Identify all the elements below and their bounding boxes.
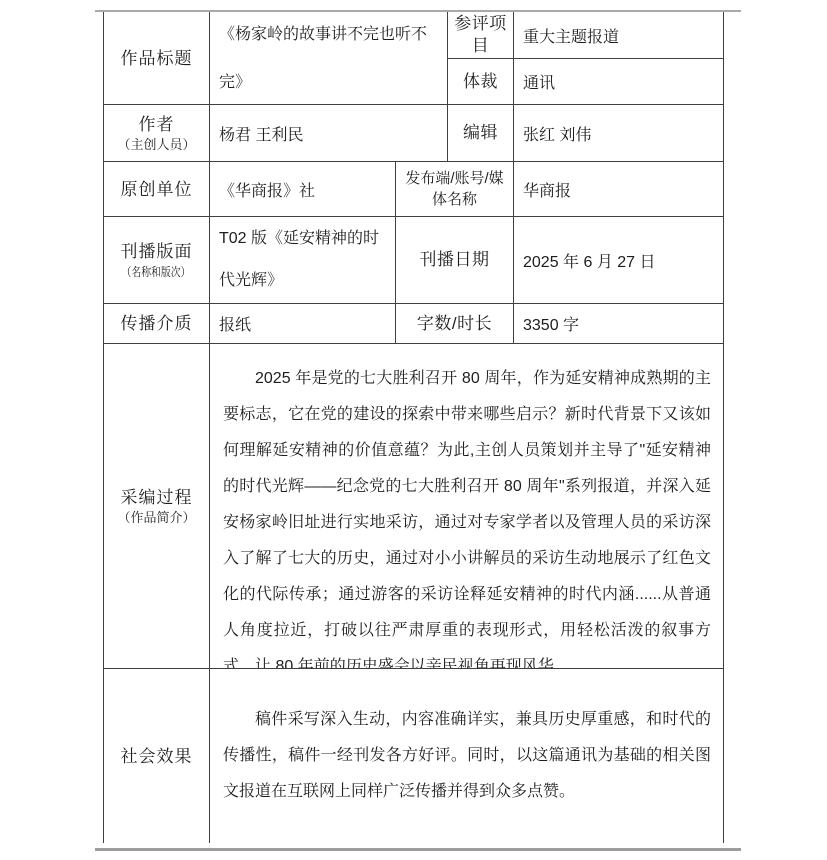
editor-value: 张红 刘伟 bbox=[523, 122, 591, 145]
field-label-original-unit: 原创单位 bbox=[104, 162, 210, 216]
field-label-author: 作者 （主创人员） bbox=[104, 105, 210, 161]
field-value-author: 杨君 王利民 bbox=[210, 105, 448, 161]
publish-date-value: 2025 年 6 月 27 日 bbox=[523, 249, 656, 272]
row-publication-layout: 刊播版面 （名称和版次） T02 版《延安精神的时代光辉》 刊播日期 2025 … bbox=[104, 217, 723, 304]
field-value-publish-date: 2025 年 6 月 27 日 bbox=[514, 217, 723, 303]
row-medium: 传播介质 报纸 字数/时长 3350 字 bbox=[104, 304, 723, 344]
row-editing-process: 采编过程 （作品简介） 2025 年是党的七大胜利召开 80 周年，作为延安精神… bbox=[104, 344, 723, 669]
original-unit-label: 原创单位 bbox=[121, 178, 193, 201]
field-value-publication-layout: T02 版《延安精神的时代光辉》 bbox=[210, 217, 396, 303]
field-value-genre: 通讯 bbox=[514, 59, 723, 104]
entry-category-value: 重大主题报道 bbox=[523, 24, 619, 47]
publish-date-label: 刊播日期 bbox=[420, 249, 490, 271]
editor-label: 编辑 bbox=[463, 122, 498, 144]
publication-layout-label-sub: （名称和版次） bbox=[122, 263, 191, 281]
original-unit-value: 《华商报》社 bbox=[219, 178, 315, 201]
page-bottom-edge bbox=[95, 848, 741, 851]
field-value-medium: 报纸 bbox=[210, 304, 396, 343]
field-label-entry-category: 参评项目 bbox=[448, 12, 514, 58]
row-original-unit: 原创单位 《华商报》社 发布端/账号/媒体名称 华商报 bbox=[104, 162, 723, 217]
field-value-entry-category: 重大主题报道 bbox=[514, 12, 723, 58]
entry-genre-stack: 参评项目 重大主题报道 体裁 通讯 bbox=[448, 12, 723, 104]
field-value-word-count: 3350 字 bbox=[514, 304, 723, 343]
work-title-value: 《杨家岭的故事讲不完也听不完》 bbox=[219, 12, 441, 105]
work-title-label: 作品标题 bbox=[121, 47, 193, 70]
field-label-work-title: 作品标题 bbox=[104, 12, 210, 105]
field-value-editor: 张红 刘伟 bbox=[514, 105, 723, 161]
document-page: { "form": { "title_row": { "label": "作品标… bbox=[0, 0, 827, 860]
field-label-platform: 发布端/账号/媒体名称 bbox=[396, 162, 514, 216]
field-label-social-effect: 社会效果 bbox=[104, 669, 210, 843]
field-label-publish-date: 刊播日期 bbox=[396, 217, 514, 303]
social-effect-label: 社会效果 bbox=[121, 745, 193, 768]
editing-process-label-sub: （作品简介） bbox=[117, 509, 195, 527]
social-effect-text: 稿件采写深入生动，内容准确详实，兼具历史厚重感，和时代的传播性，稿件一经刊发各方… bbox=[223, 702, 711, 810]
publication-layout-label: 刊播版面 bbox=[121, 240, 193, 263]
field-value-editing-process: 2025 年是党的七大胜利召开 80 周年，作为延安精神成熟期的主要标志，它在党… bbox=[210, 344, 723, 668]
field-label-medium: 传播介质 bbox=[104, 304, 210, 343]
field-label-genre: 体裁 bbox=[448, 59, 514, 104]
row-entry-category: 参评项目 重大主题报道 bbox=[448, 12, 723, 59]
row-social-effect: 社会效果 稿件采写深入生动，内容准确详实，兼具历史厚重感，和时代的传播性，稿件一… bbox=[104, 669, 723, 843]
editing-process-text: 2025 年是党的七大胜利召开 80 周年，作为延安精神成熟期的主要标志，它在党… bbox=[223, 361, 711, 668]
publication-layout-value: T02 版《延安精神的时代光辉》 bbox=[219, 218, 389, 302]
platform-label: 发布端/账号/媒体名称 bbox=[399, 168, 510, 210]
medium-value: 报纸 bbox=[219, 312, 251, 335]
row-genre: 体裁 通讯 bbox=[448, 59, 723, 104]
author-value: 杨君 王利民 bbox=[219, 122, 303, 145]
medium-label: 传播介质 bbox=[121, 312, 193, 335]
genre-value: 通讯 bbox=[523, 70, 555, 93]
author-label: 作者 bbox=[139, 113, 175, 136]
field-label-publication-layout: 刊播版面 （名称和版次） bbox=[104, 217, 210, 303]
word-count-value: 3350 字 bbox=[523, 312, 579, 335]
entry-category-label: 参评项目 bbox=[448, 13, 513, 57]
entry-form-table: 作品标题 《杨家岭的故事讲不完也听不完》 参评项目 重大主题报道 体裁 通讯 bbox=[103, 12, 724, 843]
word-count-label: 字数/时长 bbox=[417, 313, 492, 335]
author-label-sub: （主创人员） bbox=[117, 136, 195, 154]
platform-value: 华商报 bbox=[523, 178, 571, 201]
field-value-platform: 华商报 bbox=[514, 162, 723, 216]
field-label-word-count: 字数/时长 bbox=[396, 304, 514, 343]
field-label-editor: 编辑 bbox=[448, 105, 514, 161]
field-value-social-effect: 稿件采写深入生动，内容准确详实，兼具历史厚重感，和时代的传播性，稿件一经刊发各方… bbox=[210, 669, 723, 843]
field-value-work-title: 《杨家岭的故事讲不完也听不完》 bbox=[210, 12, 448, 105]
editing-process-label: 采编过程 bbox=[121, 486, 193, 509]
field-value-original-unit: 《华商报》社 bbox=[210, 162, 396, 216]
field-label-editing-process: 采编过程 （作品简介） bbox=[104, 344, 210, 668]
row-author: 作者 （主创人员） 杨君 王利民 编辑 张红 刘伟 bbox=[104, 105, 723, 162]
row-work-title: 作品标题 《杨家岭的故事讲不完也听不完》 参评项目 重大主题报道 体裁 通讯 bbox=[104, 12, 723, 105]
genre-label: 体裁 bbox=[463, 71, 498, 93]
